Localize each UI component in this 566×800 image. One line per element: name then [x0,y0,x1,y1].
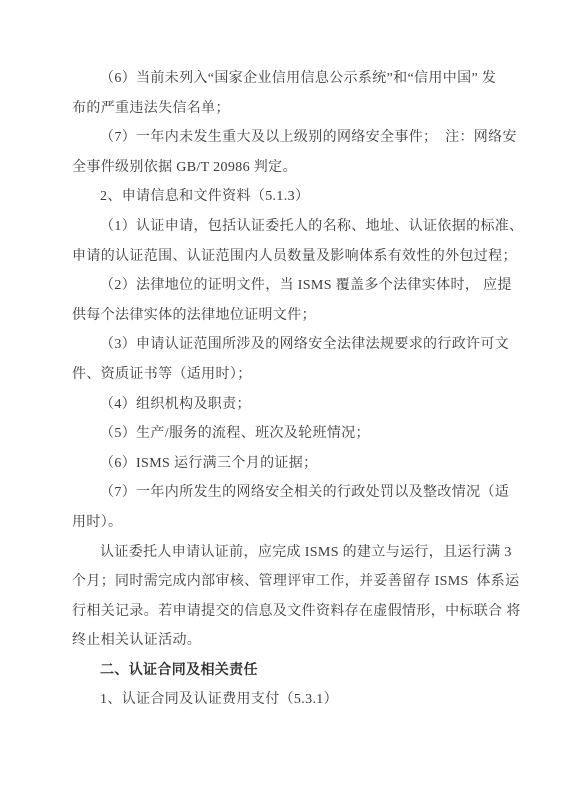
text-line: （6）ISMS 运行满三个月的证据； [72,449,520,479]
text-line: 认证委托人申请认证前，应完成 ISMS 的建立与运行，且运行满 3 [72,538,520,568]
document-body: （6）当前未列入“国家企业信用信息公示系统”和“信用中国” 发布的严重违法失信名… [0,0,566,715]
text-line: （3）申请认证范围所涉及的网络安全法律法规要求的行政许可文 [72,330,520,360]
text-line: 申请的认证范围、认证范围内人员数量及影响体系有效性的外包过程； [72,242,520,272]
text-line: 2、申请信息和文件资料（5.1.3） [72,182,520,212]
text-line: 布的严重违法失信名单； [72,94,520,124]
text-line: （1）认证申请，包括认证委托人的名称、地址、认证依据的标准、 [72,212,520,242]
document-page: （6）当前未列入“国家企业信用信息公示系统”和“信用中国” 发布的严重违法失信名… [0,0,566,800]
text-line: 供每个法律实体的法律地位证明文件； [72,301,520,331]
text-line: 件、资质证书等（适用时）； [72,360,520,390]
text-line: （7）一年内未发生重大及以上级别的网络安全事件； 注：网络安 [72,123,520,153]
text-line: 用时）。 [72,508,520,538]
text-line: （6）当前未列入“国家企业信用信息公示系统”和“信用中国” 发 [72,64,520,94]
section-heading: 二、认证合同及相关责任 [72,656,520,686]
text-line: 终止相关认证活动。 [72,626,520,656]
text-line: 个月；同时需完成内部审核、管理评审工作，并妥善留存 ISMS 体系运 [72,567,520,597]
text-line: （7）一年内所发生的网络安全相关的行政处罚以及整改情况（适 [72,478,520,508]
text-line: （4）组织机构及职责； [72,390,520,420]
text-line: 1、认证合同及认证费用支付（5.3.1） [72,685,520,715]
text-line: 全事件级别依据 GB/T 20986 判定。 [72,153,520,183]
text-line: （2）法律地位的证明文件，当 ISMS 覆盖多个法律实体时， 应提 [72,271,520,301]
text-line: 行相关记录。若申请提交的信息及文件资料存在虚假情形，中标联合 将 [72,597,520,627]
text-line: （5）生产/服务的流程、班次及轮班情况； [72,419,520,449]
